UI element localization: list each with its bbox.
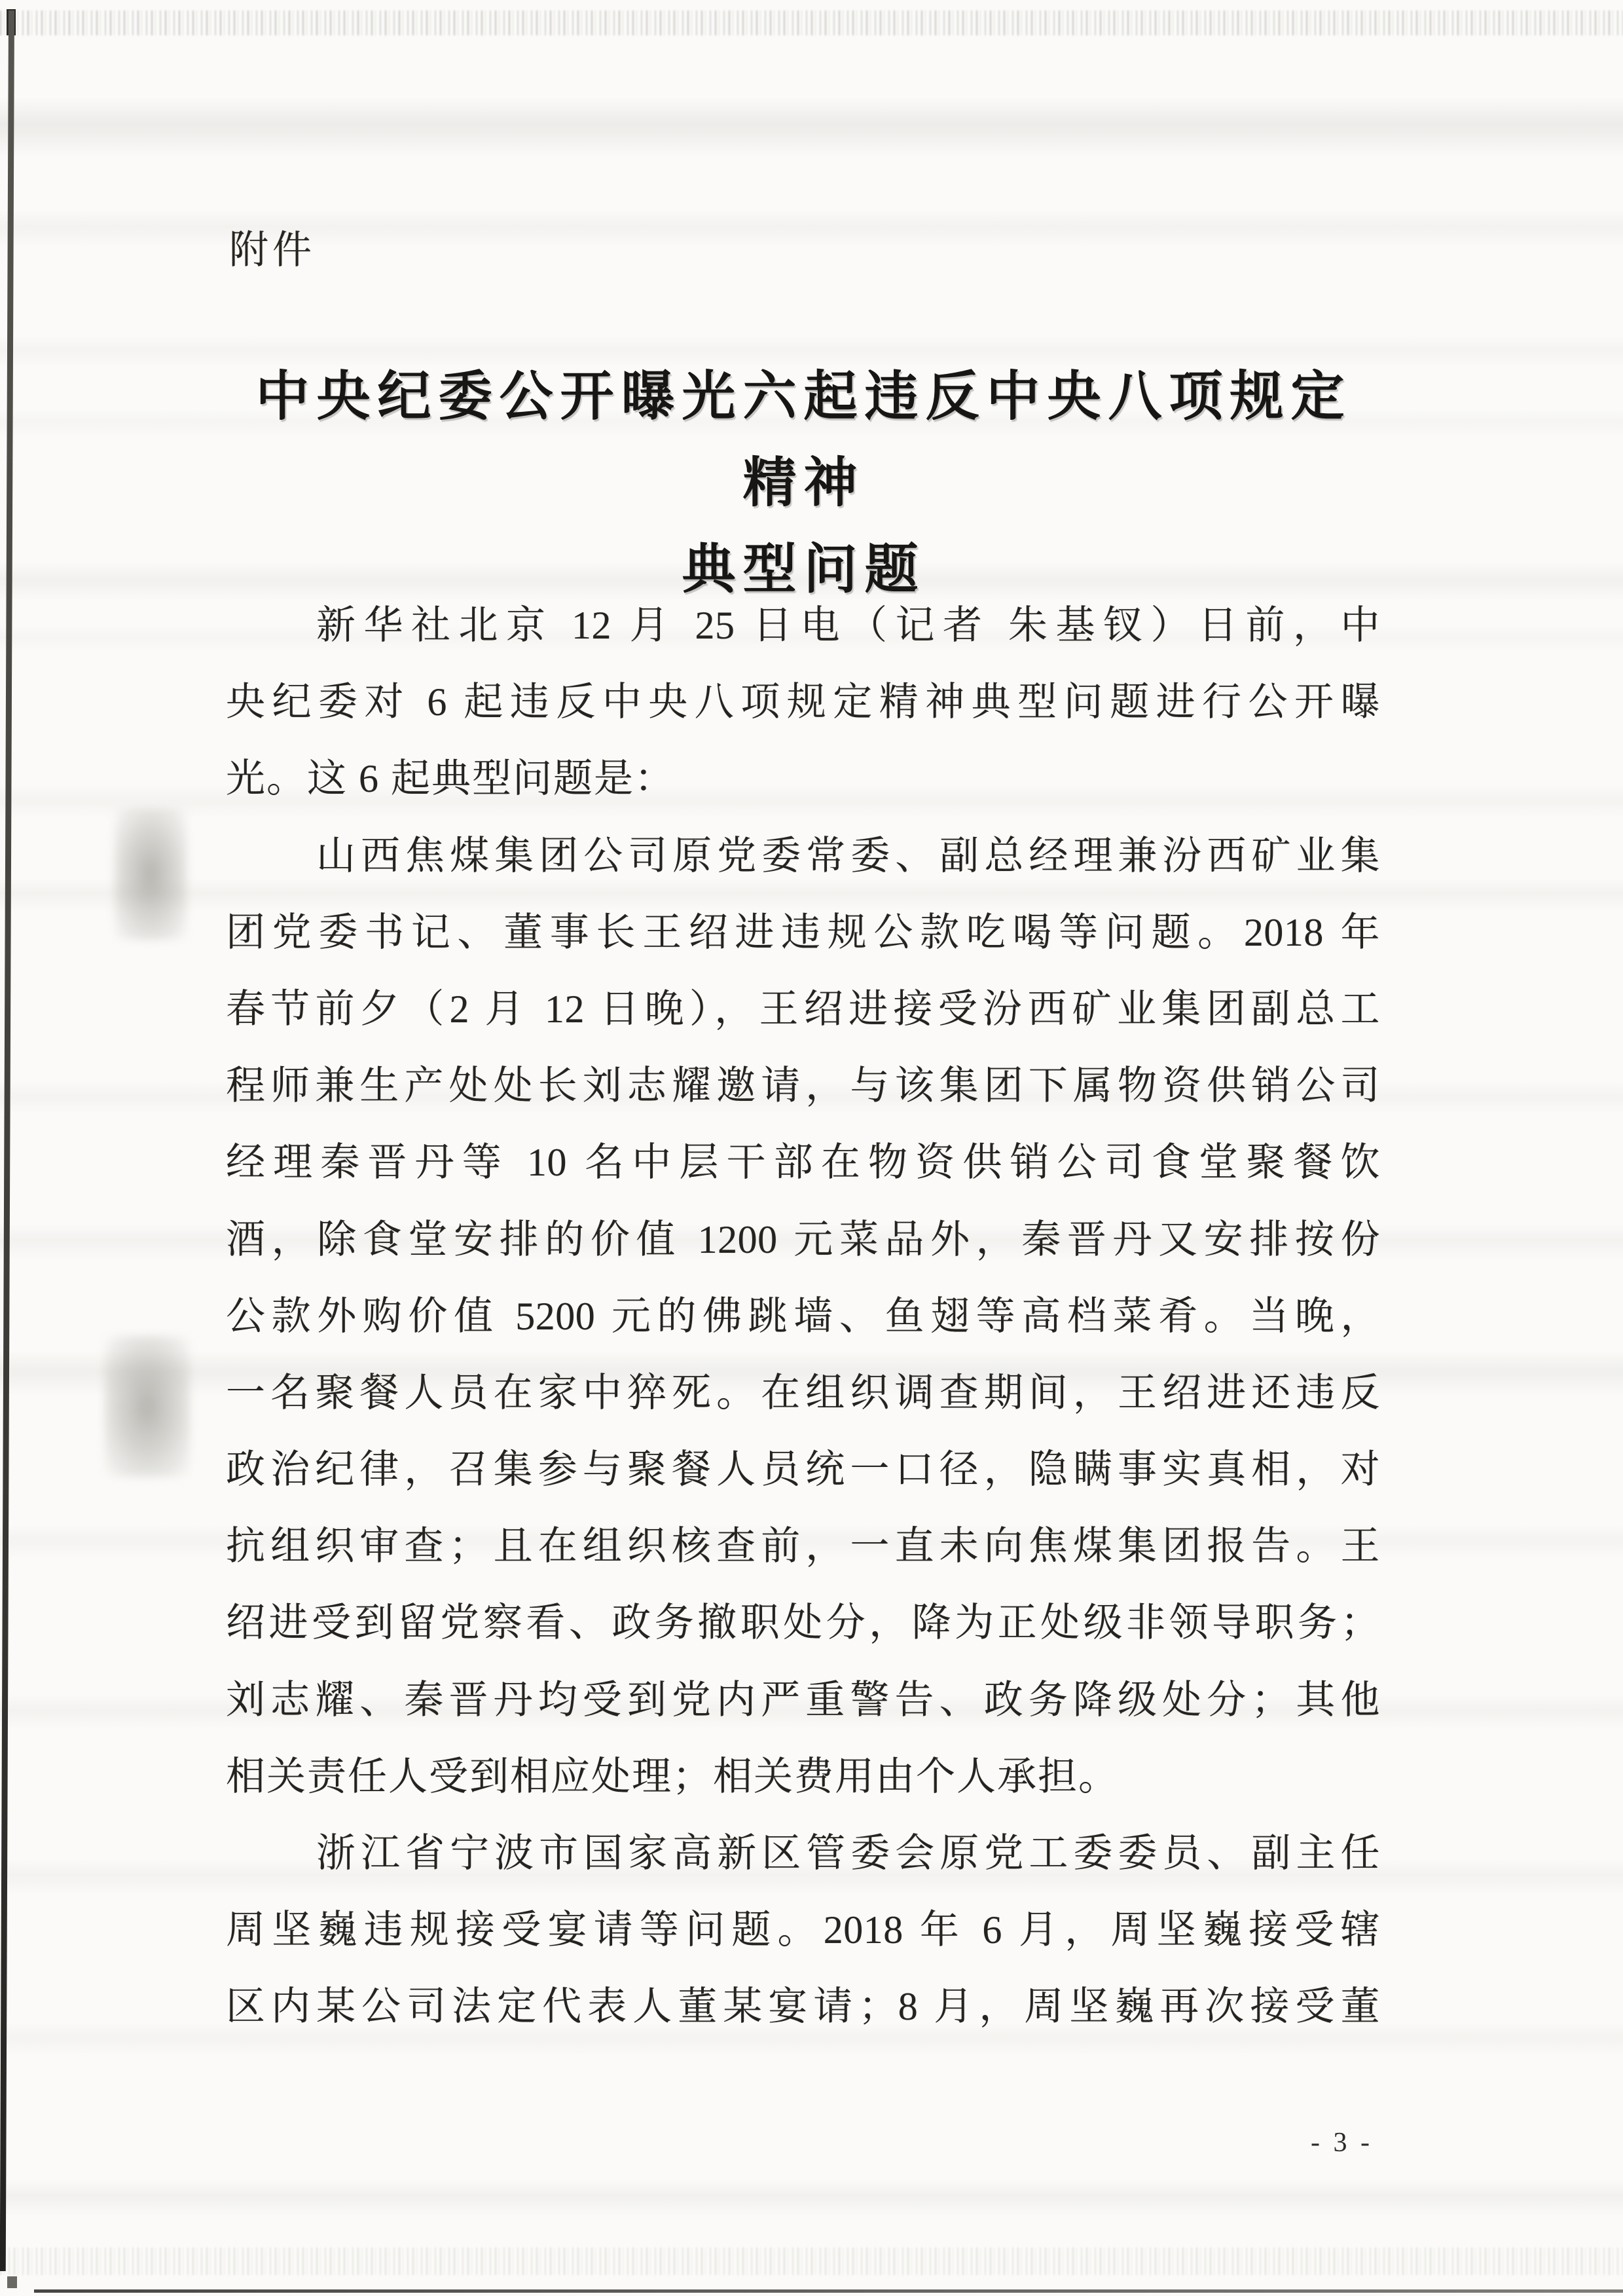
body-line: 经理秦晋丹等 10 名中层干部在物资供销公司食堂聚餐饮: [226, 1124, 1380, 1201]
body-line: 团党委书记、董事长王绍进违规公款吃喝等问题。2018 年: [226, 895, 1380, 971]
attachment-label: 附件: [229, 227, 316, 274]
scan-noise-band: [0, 2248, 1623, 2275]
scan-artifact-band: [0, 2179, 1623, 2216]
body-line: 央纪委对 6 起违反中央八项规定精神典型问题进行公开曝: [226, 664, 1380, 741]
body-line: 公款外购价值 5200 元的佛跳墙、鱼翅等高档菜肴。当晚，: [226, 1278, 1380, 1355]
body-line: 绍进受到留党察看、政务撤职处分，降为正处级非领导职务；: [226, 1585, 1380, 1661]
body-line: 区内某公司法定代表人董某宴请；8 月，周坚巍再次接受董: [226, 1969, 1380, 2045]
body-line: 程师兼生产处处长刘志耀邀请，与该集团下属物资供销公司: [226, 1048, 1380, 1124]
body-line: 酒，除食堂安排的价值 1200 元菜品外，秦晋丹又安排按份: [226, 1202, 1380, 1278]
ink-bleed-smudge: [105, 1336, 190, 1477]
document-body: 新华社北京 12 月 25 日电（记者 朱基钗）日前，中 央纪委对 6 起违反中…: [226, 587, 1380, 2046]
body-line: 浙江省宁波市国家高新区管委会原党工委委员、副主任: [226, 1815, 1380, 1892]
body-line: 山西焦煤集团公司原党委常委、副总经理兼汾西矿业集: [226, 818, 1380, 895]
scan-edge-blob: [7, 2276, 17, 2288]
scan-artifact-band: [0, 97, 1623, 157]
body-line: 春节前夕（2 月 12 日晚），王绍进接受汾西矿业集团副总工: [226, 971, 1380, 1048]
body-line: 一名聚餐人员在家中猝死。在组织调查期间，王绍进还违反: [226, 1355, 1380, 1432]
document-title: 中央纪委公开曝光六起违反中央八项规定精神 典型问题: [226, 354, 1381, 613]
body-line: 抗组织审查；且在组织核查前，一直未向焦煤集团报告。王: [226, 1508, 1380, 1585]
body-line: 政治纪律，召集参与聚餐人员统一口径，隐瞒事实真相，对: [226, 1432, 1380, 1508]
page-number: - 3 -: [1311, 2127, 1373, 2158]
scan-noise-band: [0, 10, 1623, 35]
document-title-line1: 中央纪委公开曝光六起违反中央八项规定精神: [226, 354, 1381, 527]
body-line: 光。这 6 起典型问题是：: [226, 741, 1380, 817]
scan-edge-left-line: [0, 10, 14, 2271]
body-line: 周坚巍违规接受宴请等问题。2018 年 6 月，周坚巍接受辖: [226, 1892, 1380, 1969]
body-line: 相关责任人受到相应处理；相关费用由个人承担。: [226, 1739, 1380, 1815]
scanned-document-page: 附件 中央纪委公开曝光六起违反中央八项规定精神 典型问题 新华社北京 12 月 …: [0, 0, 1623, 2296]
scan-edge-bottom-line: [34, 2289, 1623, 2293]
body-line: 刘志耀、秦晋丹均受到党内严重警告、政务降级处分；其他: [226, 1662, 1380, 1739]
body-line: 新华社北京 12 月 25 日电（记者 朱基钗）日前，中: [226, 587, 1380, 664]
ink-bleed-smudge: [115, 809, 187, 940]
